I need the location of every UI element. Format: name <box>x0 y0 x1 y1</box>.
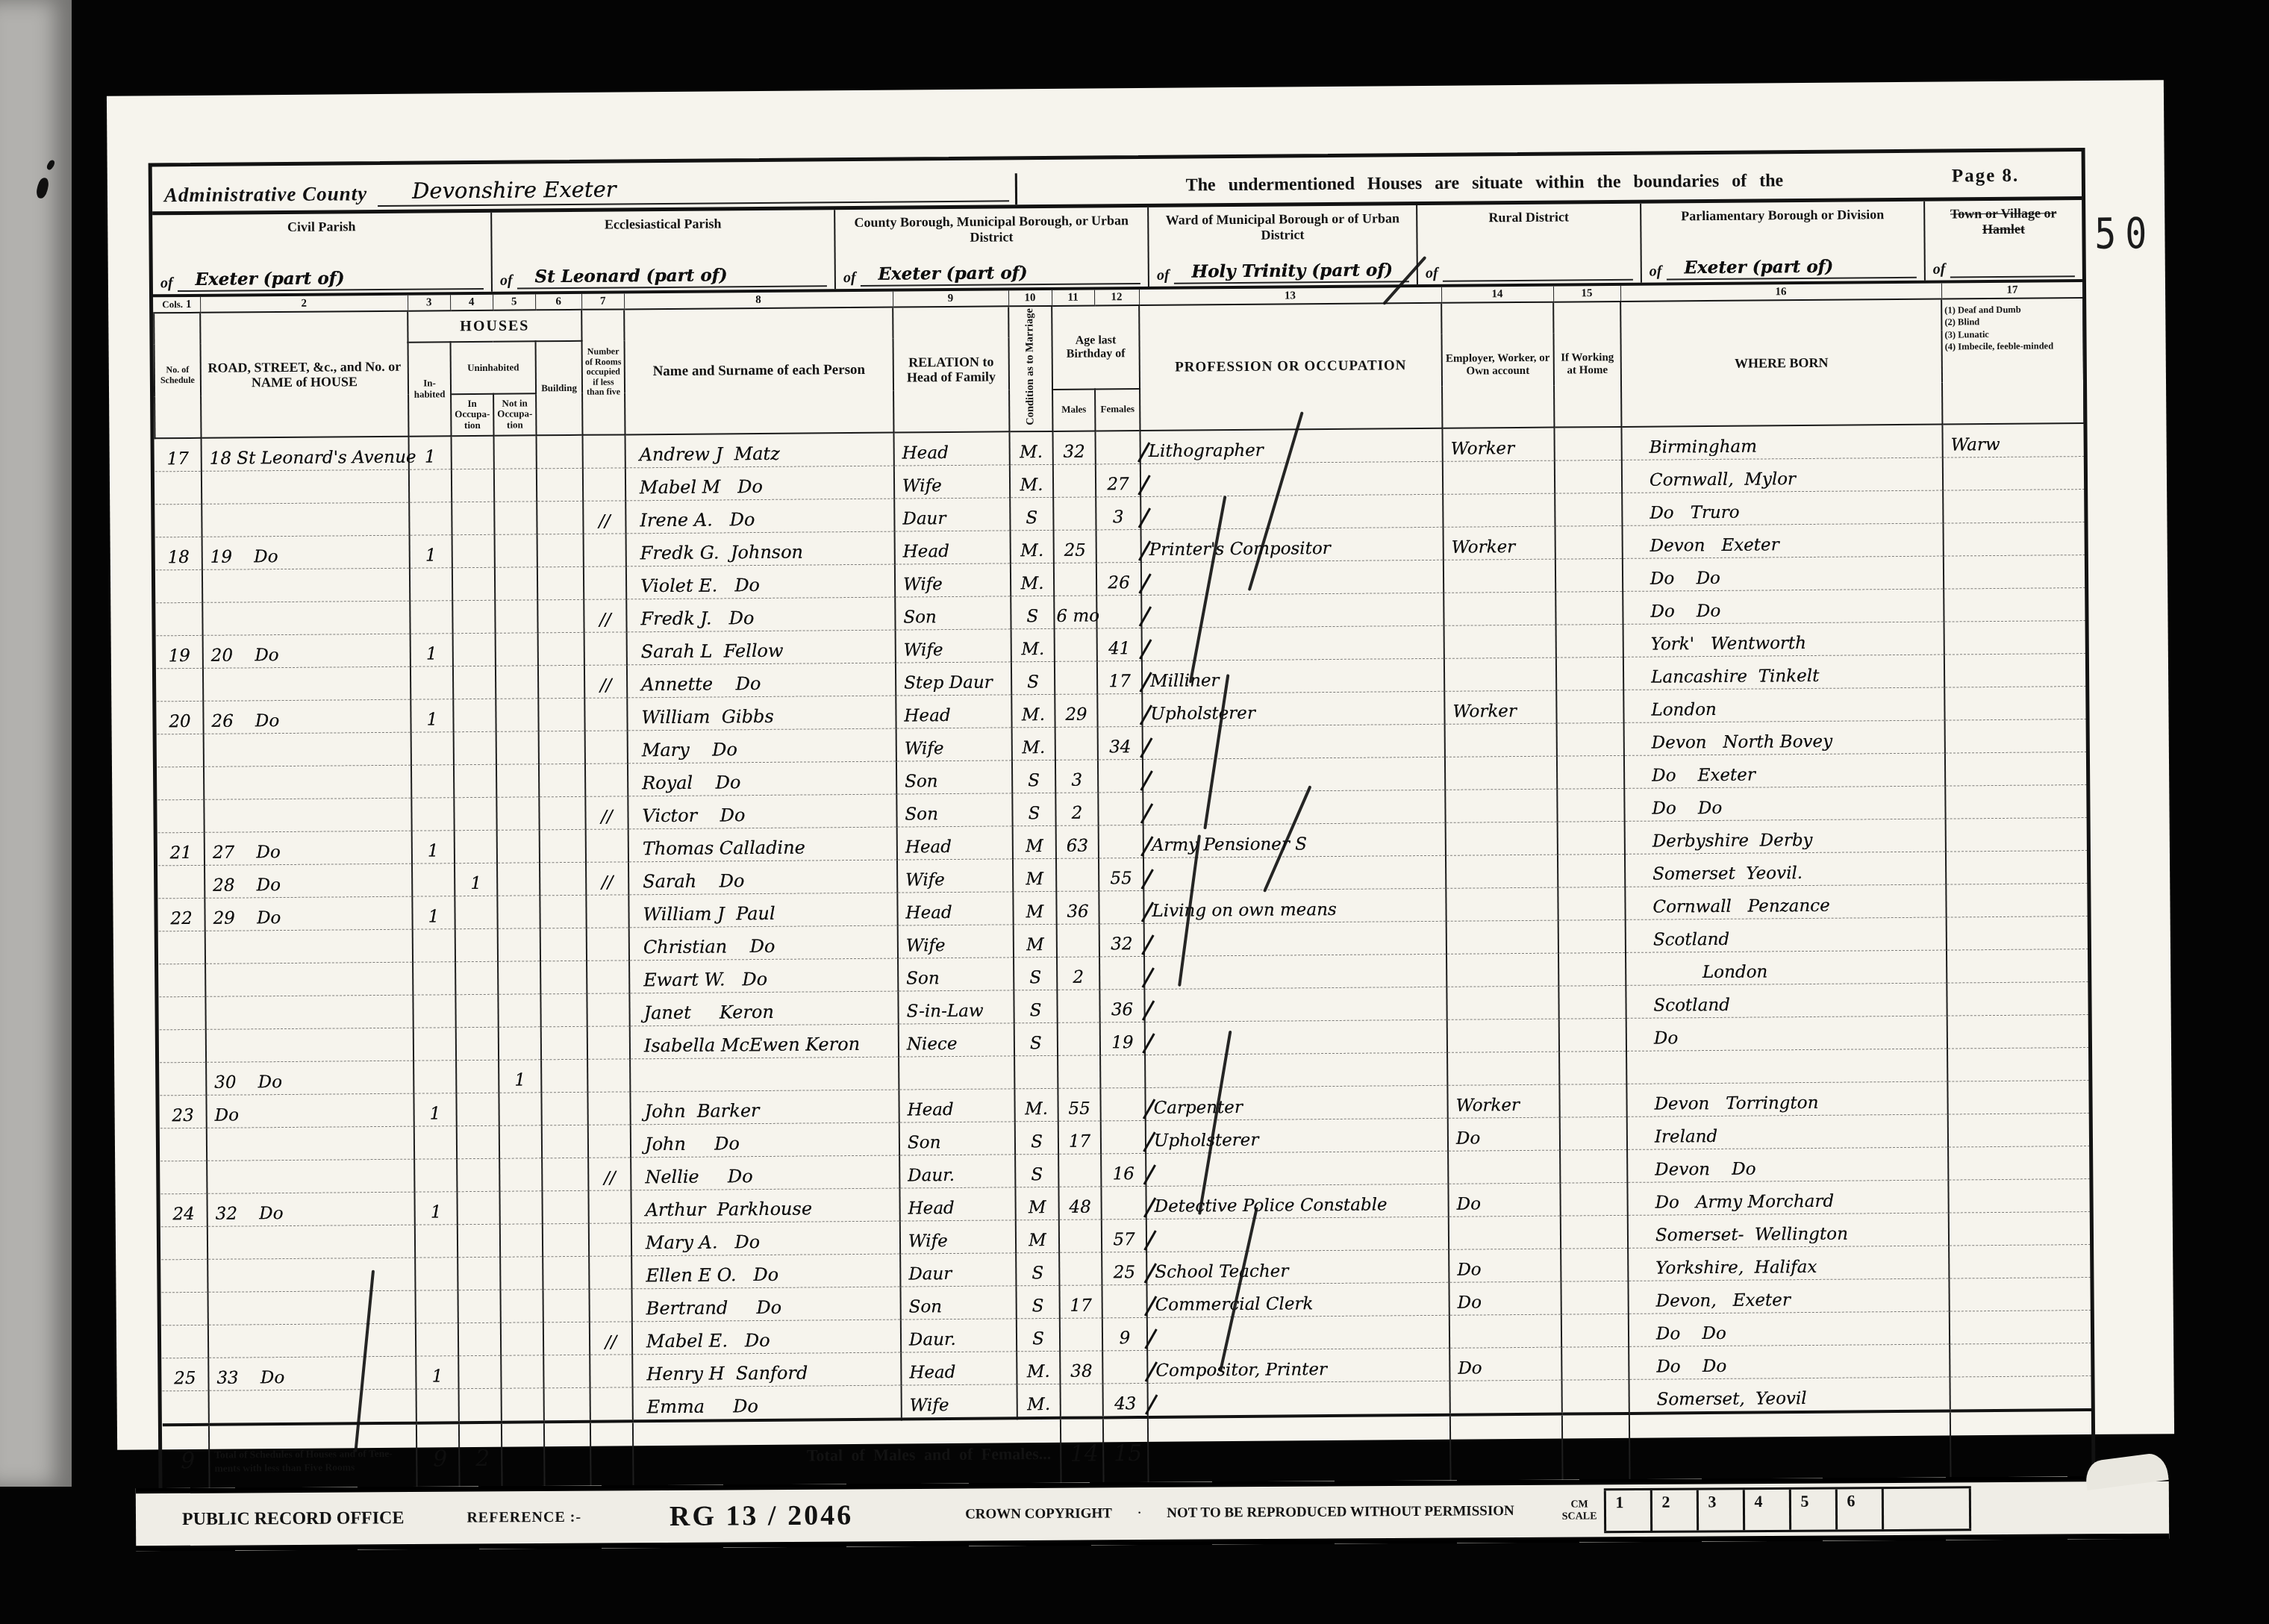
road-cell <box>202 568 410 602</box>
working-at-home-cell <box>1560 1149 1627 1183</box>
building-cell <box>542 1190 588 1223</box>
rooms-cell <box>587 1058 630 1091</box>
uninhabited-in-occupation-cell <box>454 797 496 830</box>
building-cell <box>538 698 584 731</box>
rooms-cell: ∕∕ <box>584 599 626 631</box>
rooms-cell <box>584 631 627 664</box>
road-cell <box>207 1225 415 1259</box>
uninhabited-in-occupation-cell <box>456 1093 499 1125</box>
schedule-cell <box>162 1325 208 1358</box>
uninhabited-not-in-occupation-cell: 1 <box>499 1059 541 1092</box>
infirmity-cell <box>1948 1146 2090 1179</box>
age-females-cell: 43 <box>1103 1383 1148 1417</box>
uninhabited-in-occupation-cell <box>453 666 496 699</box>
col-rooms-header: Number of Rooms occupied if less than fi… <box>581 309 625 434</box>
road-cell: 27 Do <box>205 831 412 865</box>
rural-district-value <box>1443 278 1633 282</box>
census-form: Administrative County Devonshire Exeter … <box>149 148 2096 1533</box>
rooms-cell <box>586 894 628 927</box>
cm-scale-ruler: 1 2 3 4 5 6 <box>1604 1486 1971 1533</box>
archive-stamp: 50 <box>2094 209 2156 259</box>
relation-cell: Head <box>893 431 1009 466</box>
working-at-home-cell <box>1555 525 1623 559</box>
employer-cell <box>1449 1314 1561 1348</box>
rooms-cell <box>584 697 627 730</box>
building-cell <box>541 1092 587 1125</box>
condition-cell: S <box>1010 497 1053 530</box>
age-females-cell <box>1097 693 1142 726</box>
uninhabited-in-occupation-cell <box>454 764 496 797</box>
rooms-cell <box>588 1190 631 1222</box>
crown-copyright-label: CROWN COPYRIGHT <box>965 1505 1112 1522</box>
occupation-cell: Upholsterer <box>1142 691 1444 726</box>
age-females-cell: 32 <box>1099 923 1144 956</box>
age-females-cell <box>1102 1350 1147 1383</box>
occupation-cell: Commercial Clerk <box>1146 1282 1449 1317</box>
age-males-cell <box>1059 1252 1102 1285</box>
admin-county-value: Devonshire Exeter <box>378 173 1009 207</box>
infirmity-cell <box>1950 1343 2091 1376</box>
age-females-cell <box>1099 825 1143 858</box>
schedule-cell <box>160 1062 206 1095</box>
schedule-cell <box>157 766 204 799</box>
uninhabited-in-occupation-cell <box>452 567 495 600</box>
where-born-cell: Do Do <box>1623 589 1944 624</box>
ecclesiastical-parish-value: St Leonard (part of) <box>516 264 827 289</box>
occupation-cell <box>1144 921 1446 956</box>
employer-cell <box>1447 1019 1559 1052</box>
employer-cell <box>1444 592 1555 625</box>
working-at-home-cell <box>1559 1051 1626 1084</box>
infirmity-cell <box>1949 1277 2091 1311</box>
occupation-cell: Upholsterer <box>1146 1118 1448 1153</box>
uninhabited-not-in-occupation-cell <box>501 1322 543 1355</box>
rooms-cell <box>590 1387 633 1421</box>
town-village-value <box>1950 275 2075 278</box>
scan-artifact <box>35 177 50 200</box>
infirmity-cell <box>1947 949 2088 982</box>
road-cell <box>208 1290 416 1325</box>
age-males-cell <box>1056 858 1099 891</box>
inhabited-cell <box>409 469 452 502</box>
condition-cell: S <box>1016 1285 1059 1318</box>
inhabited-cell <box>409 502 452 534</box>
uninhabited-not-in-occupation-cell <box>495 534 537 566</box>
relation-cell: S-in-Law <box>898 990 1014 1023</box>
person-name-cell: Violet E. Do <box>626 564 895 599</box>
infirmity-cell <box>1944 587 2085 621</box>
page-curl <box>2084 1452 2169 1490</box>
schedule-cell: 19 <box>157 635 203 668</box>
infirmity-cell <box>1945 719 2087 752</box>
age-males-cell <box>1055 628 1097 661</box>
age-females-cell <box>1095 431 1140 464</box>
col-males-header: Males <box>1052 389 1095 431</box>
employer-cell <box>1444 658 1556 691</box>
age-males-cell <box>1054 563 1096 596</box>
employer-cell <box>1444 559 1555 593</box>
age-females-cell: 9 <box>1102 1317 1147 1350</box>
working-at-home-cell <box>1560 1182 1627 1216</box>
infirmity-cell <box>1944 653 2086 687</box>
uninhabited-not-in-occupation-cell <box>499 1092 541 1125</box>
person-name-cell: Sarah Do <box>628 860 897 895</box>
occupation-cell: Printer's Compositor <box>1141 527 1444 562</box>
inhabited-cell: 1 <box>412 830 455 863</box>
inhabited-cell <box>411 731 454 764</box>
relation-cell: Daur <box>894 497 1010 531</box>
total-uninhabited-value: 2 <box>459 1422 502 1496</box>
occupation-cell: Army Pensioner S <box>1143 822 1446 858</box>
rooms-cell <box>589 1255 631 1288</box>
col-name-header: Name and Surname of each Person <box>624 307 893 434</box>
relation-cell: Head <box>897 825 1013 859</box>
employer-cell <box>1449 1216 1561 1249</box>
road-cell: Do <box>206 1093 413 1128</box>
rooms-cell: ∕∕ <box>586 861 628 894</box>
condition-cell: M <box>1015 1187 1058 1219</box>
uninhabited-not-in-occupation-cell <box>500 1256 543 1289</box>
person-name-cell: Ellen E O. Do <box>631 1254 900 1289</box>
working-at-home-cell <box>1558 854 1625 887</box>
road-cell: 28 Do <box>205 863 412 898</box>
relation-cell: Wife <box>900 1219 1016 1253</box>
occupation-cell <box>1145 1019 1447 1055</box>
inhabited-cell <box>415 1290 458 1322</box>
building-cell <box>537 534 584 566</box>
inhabited-cell <box>413 928 455 961</box>
working-at-home-cell <box>1557 722 1624 756</box>
rooms-cell <box>585 763 628 796</box>
relation-cell: Son <box>899 1121 1015 1155</box>
building-cell <box>540 862 586 895</box>
uninhabited-in-occupation-cell <box>458 1355 501 1388</box>
working-at-home-cell <box>1558 821 1625 855</box>
age-males-cell: 32 <box>1052 431 1095 464</box>
working-at-home-cell <box>1555 591 1623 625</box>
inhabited-cell <box>416 1322 458 1355</box>
rooms-cell <box>587 1025 630 1058</box>
occupation-cell <box>1145 1052 1447 1087</box>
inhabited-cell: 1 <box>411 699 453 731</box>
col-age-header: Age last Birthday of <box>1052 305 1140 389</box>
where-born-cell: Birmingham <box>1621 424 1942 460</box>
age-males-cell <box>1059 1219 1102 1252</box>
building-cell <box>540 895 586 928</box>
age-males-cell: 38 <box>1060 1351 1102 1384</box>
occupation-cell <box>1147 1315 1449 1350</box>
road-cell: 26 Do <box>203 699 411 734</box>
where-born-cell: Do Exeter <box>1624 753 1945 788</box>
person-name-cell: Henry H Sanford <box>632 1352 901 1387</box>
road-cell <box>208 1323 416 1358</box>
uninhabited-in-occupation-cell <box>455 928 498 961</box>
relation-cell: Wife <box>896 727 1012 761</box>
age-males-cell: 6 mo <box>1054 596 1096 628</box>
where-born-cell: Scotland <box>1626 983 1947 1018</box>
employer-cell <box>1446 855 1558 888</box>
relation-cell: Son <box>896 760 1012 793</box>
building-cell <box>540 829 586 862</box>
rooms-cell: ∕∕ <box>590 1321 632 1354</box>
rooms-cell <box>587 960 629 993</box>
district-ecclesiastical-parish: Ecclesiastical Parish ofSt Leonard (part… <box>492 210 836 292</box>
relation-cell: Wife <box>898 924 1014 958</box>
building-cell <box>537 501 583 534</box>
person-name-cell: Mabel M Do <box>625 466 894 501</box>
building-cell <box>540 961 587 993</box>
schedule-cell <box>156 569 202 602</box>
relation-cell: Wife <box>894 464 1010 498</box>
building-cell <box>543 1322 590 1355</box>
uninhabited-not-in-occupation-cell <box>498 961 540 993</box>
schedule-cell <box>159 996 205 1029</box>
employer-cell <box>1447 1052 1559 1085</box>
schedule-cell <box>155 471 202 504</box>
road-cell <box>204 765 411 799</box>
building-cell <box>541 1026 587 1059</box>
uninhabited-in-occupation-cell <box>458 1257 500 1290</box>
person-name-cell: Isabella McEwen Keron <box>630 1024 899 1059</box>
road-cell: 29 Do <box>205 896 412 931</box>
district-civil-parish: Civil Parish ofExeter (part of) <box>152 213 493 295</box>
working-at-home-cell <box>1556 657 1623 690</box>
employer-cell <box>1446 986 1558 1019</box>
where-born-cell: Devon Do <box>1627 1147 1948 1182</box>
census-page-sheet: 50 Administrative County Devonshire Exet… <box>107 80 2174 1450</box>
age-females-cell <box>1099 956 1144 989</box>
age-males-cell: 55 <box>1058 1088 1100 1121</box>
infirmity-cell <box>1944 555 2085 588</box>
employer-cell: Do <box>1448 1183 1560 1217</box>
inhabited-cell: 1 <box>412 896 455 928</box>
person-name-cell: John Do <box>631 1122 899 1158</box>
condition-cell: M. <box>1014 1088 1058 1121</box>
age-females-cell: 57 <box>1102 1219 1146 1252</box>
occupation-cell <box>1140 494 1443 529</box>
employer-cell: Worker <box>1447 1084 1559 1118</box>
rooms-cell <box>584 533 626 566</box>
condition-cell: S <box>1015 1121 1058 1154</box>
admin-county-block: Administrative County Devonshire Exeter <box>152 173 1017 211</box>
working-at-home-cell <box>1557 788 1624 822</box>
schedule-cell <box>157 734 204 766</box>
employer-cell <box>1446 920 1558 954</box>
inhabited-cell: 1 <box>410 534 452 567</box>
schedule-cell <box>158 865 205 898</box>
building-cell <box>538 665 584 698</box>
person-name-cell: Sarah L Fellow <box>627 630 896 665</box>
age-females-cell: 55 <box>1099 858 1143 890</box>
condition-cell: M <box>1013 891 1056 924</box>
building-cell <box>537 566 584 599</box>
age-females-cell: 17 <box>1097 660 1142 693</box>
district-ward: Ward of Municipal Borough or of Urban Di… <box>1149 205 1418 287</box>
uninhabited-not-in-occupation-cell <box>500 1289 543 1322</box>
working-at-home-cell <box>1555 558 1623 592</box>
uninhabited-not-in-occupation-cell <box>497 829 540 862</box>
reference-strip: PUBLIC RECORD OFFICE REFERENCE :- RG 13 … <box>136 1476 2169 1552</box>
district-parliamentary: Parliamentary Borough or Division ofExet… <box>1641 202 1926 283</box>
where-born-cell: Yorkshire, Halifax <box>1628 1246 1949 1281</box>
age-females-cell: 41 <box>1097 628 1142 660</box>
occupation-cell <box>1144 954 1446 989</box>
building-cell <box>542 1125 588 1158</box>
inhabited-cell <box>410 600 452 633</box>
uninhabited-in-occupation-cell <box>453 633 496 666</box>
public-record-office-label: PUBLIC RECORD OFFICE <box>182 1508 405 1530</box>
person-name-cell: Mabel E. Do <box>632 1319 901 1355</box>
schedule-cell: 24 <box>160 1193 207 1226</box>
rooms-cell <box>583 467 625 500</box>
rooms-cell <box>588 1124 631 1157</box>
relation-cell: Son <box>895 596 1011 629</box>
age-males-cell: 36 <box>1056 891 1099 924</box>
uninhabited-not-in-occupation-cell <box>501 1355 543 1387</box>
uninhabited-in-occupation-cell <box>452 534 495 567</box>
where-born-cell: Do Do <box>1623 556 1944 591</box>
undermentioned-houses-title: The undermentioned Houses are situate wi… <box>1017 169 1952 204</box>
building-cell <box>537 599 584 632</box>
page-number: Page 8. <box>1952 165 2082 197</box>
rooms-cell <box>587 1091 630 1124</box>
working-at-home-cell <box>1557 755 1624 789</box>
uninhabited-not-in-occupation-cell <box>502 1387 544 1422</box>
where-born-cell: Devon, Exeter <box>1628 1278 1949 1314</box>
infirmity-cell: Warw <box>1942 423 2084 457</box>
uninhabited-not-in-occupation-cell <box>500 1223 543 1256</box>
person-name-cell: Irene A. Do <box>625 499 894 534</box>
schedule-cell <box>161 1226 207 1259</box>
age-females-cell <box>1100 1087 1145 1120</box>
uninhabited-in-occupation-cell <box>457 1158 499 1191</box>
uninhabited-in-occupation-cell <box>452 469 494 502</box>
road-cell <box>202 502 409 537</box>
age-females-cell: 3 <box>1096 496 1140 529</box>
employer-cell <box>1445 723 1557 757</box>
where-born-cell: London <box>1623 687 1944 722</box>
where-born-cell: York' Wentworth <box>1623 622 1944 657</box>
person-name-cell: Arthur Parkhouse <box>631 1188 899 1223</box>
condition-cell: S <box>1014 1022 1058 1055</box>
employer-cell: Worker <box>1444 526 1555 560</box>
age-males-cell: 2 <box>1057 957 1099 990</box>
relation-cell: Wife <box>902 1384 1017 1419</box>
uninhabited-not-in-occupation-cell <box>494 468 537 501</box>
schedule-cell <box>160 1161 207 1193</box>
age-females-cell <box>1096 595 1141 628</box>
inhabited-cell <box>413 1027 456 1060</box>
employer-cell <box>1446 887 1558 921</box>
inhabited-cell <box>411 666 453 699</box>
uninhabited-not-in-occupation-cell <box>496 731 539 763</box>
uninhabited-in-occupation-cell <box>452 600 495 633</box>
schedule-cell: 20 <box>157 701 203 734</box>
schedule-cell <box>160 1029 206 1062</box>
where-born-cell: Somerset- Wellington <box>1628 1213 1949 1248</box>
employer-cell: Do <box>1449 1281 1561 1315</box>
uninhabited-not-in-occupation-cell <box>498 928 540 961</box>
schedule-cell <box>162 1292 208 1325</box>
age-males-cell <box>1061 1384 1103 1418</box>
road-cell <box>205 995 413 1029</box>
infirmity-cell <box>1947 916 2088 949</box>
uninhabited-not-in-occupation-cell <box>499 1190 542 1223</box>
rooms-cell <box>583 434 625 468</box>
relation-cell: Son <box>898 957 1014 990</box>
where-born-cell: London <box>1626 950 1947 985</box>
rooms-cell <box>589 1222 631 1255</box>
building-cell <box>539 763 585 796</box>
age-males-cell: 25 <box>1054 530 1096 563</box>
inhabited-cell: 1 <box>413 1093 456 1125</box>
col-not-in-occupation-header: Not in Occupa-tion <box>493 393 536 435</box>
uninhabited-in-occupation-cell <box>458 1224 500 1257</box>
road-cell <box>204 798 411 832</box>
where-born-cell: Scotland <box>1626 917 1947 952</box>
reference-label: REFERENCE :- <box>466 1508 581 1526</box>
schedule-cell <box>159 931 205 964</box>
age-males-cell: 3 <box>1055 760 1098 793</box>
condition-cell: M <box>1016 1219 1059 1252</box>
rooms-cell: ∕∕ <box>588 1157 631 1190</box>
where-born-cell: Cornwall, Mylor <box>1622 457 1943 493</box>
inhabited-cell <box>413 994 455 1027</box>
condition-cell: M <box>1014 924 1057 957</box>
inhabited-cell <box>412 863 455 896</box>
uninhabited-in-occupation-cell <box>457 1125 499 1158</box>
age-males-cell <box>1060 1318 1102 1351</box>
building-cell <box>544 1387 590 1422</box>
road-cell <box>207 1159 414 1193</box>
age-males-cell <box>1057 990 1099 1022</box>
person-name-cell: Fredk G. Johnson <box>626 531 895 566</box>
rooms-cell <box>589 1288 631 1321</box>
road-cell: 33 Do <box>208 1356 416 1390</box>
infirmity-cell <box>1950 1375 2091 1411</box>
condition-cell: M. <box>1011 628 1055 661</box>
infirmity-cell <box>1945 752 2087 785</box>
road-cell: 20 Do <box>203 634 411 668</box>
condition-cell: M. <box>1011 563 1054 596</box>
working-at-home-cell <box>1554 427 1621 460</box>
working-at-home-cell <box>1555 493 1622 526</box>
condition-cell: S <box>1014 957 1057 990</box>
employer-cell <box>1449 1380 1561 1415</box>
total-females-value: 15 <box>1103 1417 1149 1492</box>
schedule-cell <box>159 964 205 996</box>
where-born-cell: Do <box>1626 1016 1947 1051</box>
person-name-cell: Mary Do <box>628 728 896 763</box>
person-name-cell: Victor Do <box>628 794 896 829</box>
infirmity-cell <box>1947 1080 2089 1114</box>
col-road-header: ROAD, STREET, &c., and No. or NAME of HO… <box>200 311 408 438</box>
age-males-cell: 63 <box>1056 825 1099 858</box>
district-county-borough: County Borough, Municipal Borough, or Ur… <box>835 207 1149 289</box>
schedule-cell <box>160 1128 207 1161</box>
where-born-cell: Derbyshire Derby <box>1625 819 1946 854</box>
age-females-cell <box>1101 1186 1146 1219</box>
uninhabited-not-in-occupation-cell <box>496 796 539 829</box>
working-at-home-cell <box>1558 952 1626 986</box>
rooms-cell: ∕∕ <box>585 796 628 828</box>
person-name-cell: John Barker <box>630 1090 899 1125</box>
age-females-cell: 26 <box>1096 562 1141 595</box>
rooms-cell <box>585 730 628 763</box>
age-males-cell: 17 <box>1058 1121 1101 1154</box>
scan-artifact <box>46 159 56 171</box>
reference-number: RG 13 / 2046 <box>670 1499 853 1533</box>
